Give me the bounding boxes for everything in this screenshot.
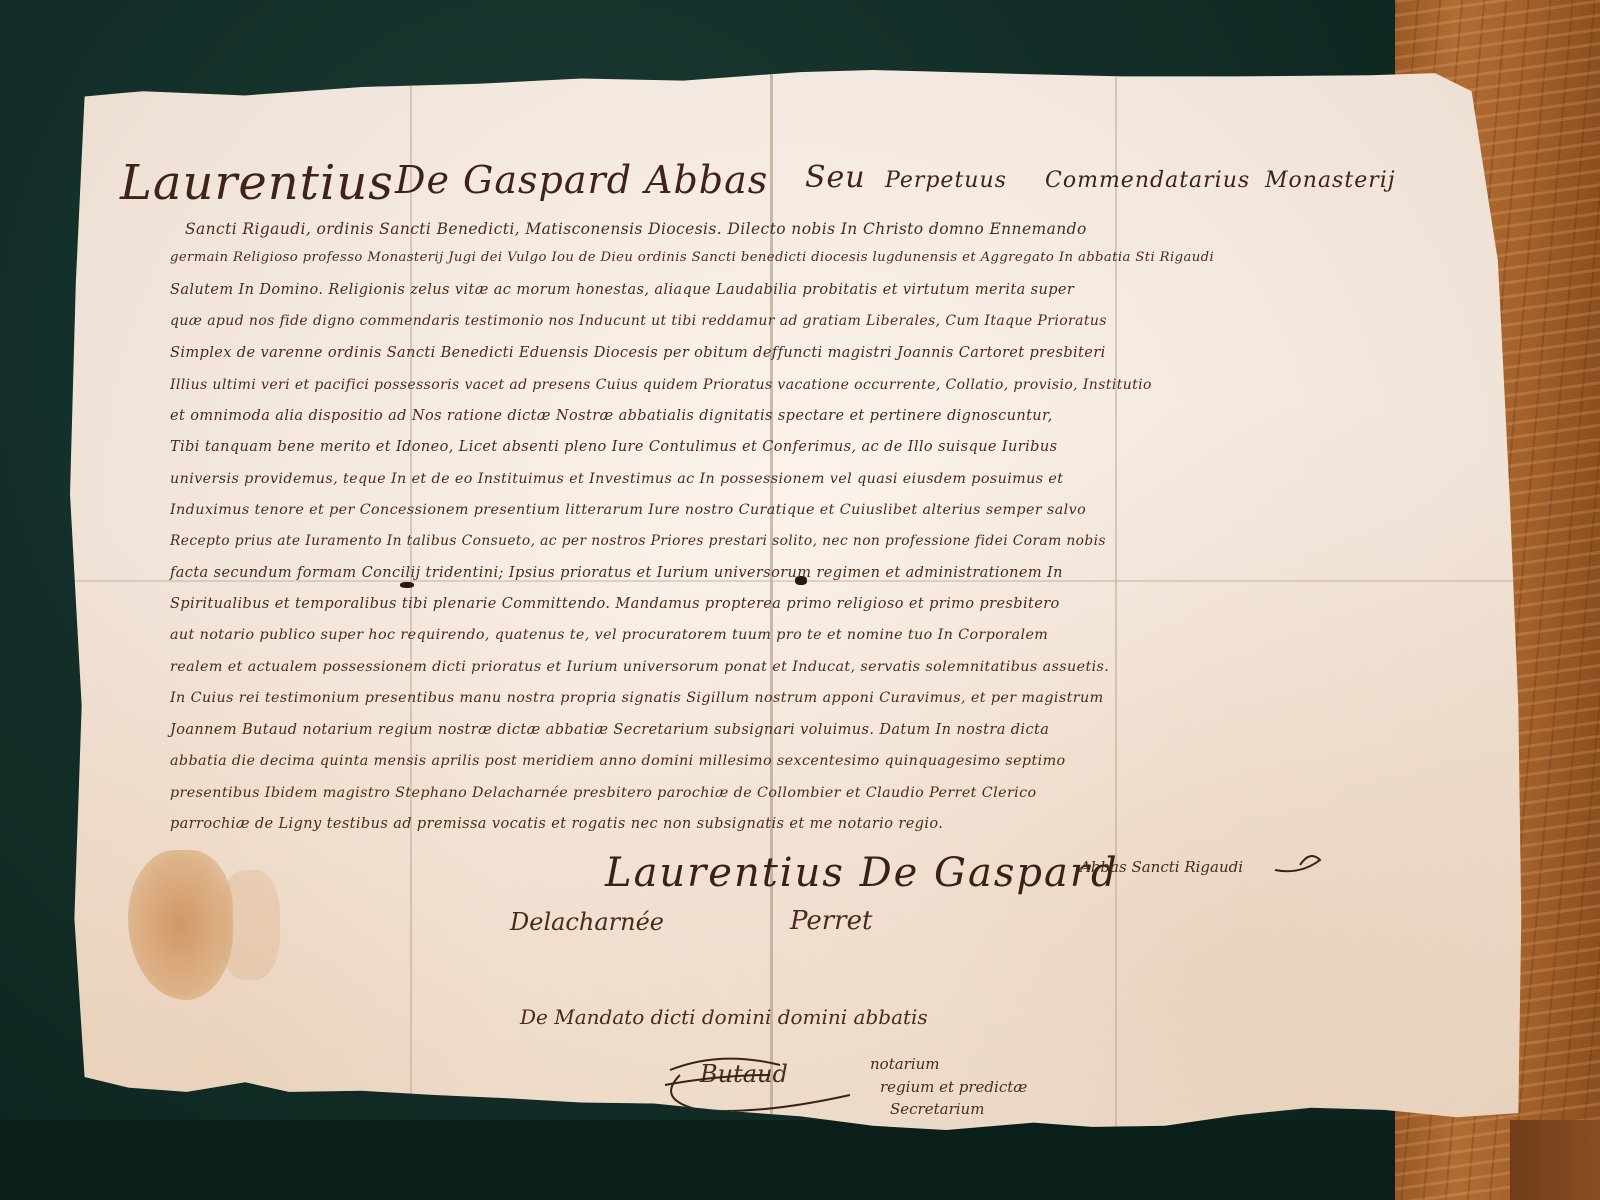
witness-signature: Perret bbox=[790, 906, 872, 936]
green-backing-board-bottom bbox=[0, 1120, 1510, 1200]
text-line: In Cuius rei testimonium presentibus man… bbox=[170, 690, 1104, 706]
headline-word: Laurentius bbox=[120, 155, 394, 211]
text-line: Sancti Rigaudi, ordinis Sancti Benedicti… bbox=[185, 220, 1087, 238]
text-line: parrochiæ de Ligny testibus ad premissa … bbox=[170, 816, 943, 832]
mandate-line: De Mandato dicti domini domini abbatis bbox=[520, 1005, 928, 1029]
text-line: universis providemus, teque In et de eo … bbox=[170, 471, 1063, 487]
witness-signature: Delacharnée bbox=[510, 908, 664, 936]
text-line: Simplex de varenne ordinis Sancti Benedi… bbox=[170, 345, 1106, 361]
wax-seal-stain bbox=[128, 850, 233, 1000]
headline-word: Commendatarius bbox=[1045, 168, 1250, 193]
notary-title: Secretarium bbox=[890, 1100, 984, 1118]
abbot-signature: Laurentius De Gaspard bbox=[605, 850, 1119, 896]
text-line: Induximus tenore et per Concessionem pre… bbox=[170, 502, 1086, 518]
text-line: abbatia die decima quinta mensis aprilis… bbox=[170, 753, 1066, 769]
text-line: realem et actualem possessionem dicti pr… bbox=[170, 659, 1109, 675]
ink-blot bbox=[400, 582, 414, 588]
text-line: Joannem Butaud notarium regium nostræ di… bbox=[170, 722, 1049, 738]
manuscript-sheet: Laurentius De Gaspard Abbas Seu Perpetuu… bbox=[70, 70, 1530, 1130]
text-line: germain Religioso professo Monasterij Ju… bbox=[170, 250, 1214, 265]
text-line: Tibi tanquam bene merito et Idoneo, Lice… bbox=[170, 439, 1057, 455]
notary-title: regium et predictæ bbox=[880, 1078, 1027, 1096]
wooden-table-edge bbox=[1510, 1120, 1600, 1200]
headline-word: Seu bbox=[805, 160, 866, 195]
faint-stain bbox=[220, 870, 280, 980]
notary-title: notarium bbox=[870, 1055, 940, 1073]
headline-word: De Gaspard bbox=[395, 158, 632, 202]
text-line: quæ apud nos fide digno commendaris test… bbox=[170, 313, 1107, 329]
text-line: presentibus Ibidem magistro Stephano Del… bbox=[170, 785, 1037, 801]
fold-crease bbox=[1115, 70, 1117, 1130]
text-line: Illius ultimi veri et pacifici possessor… bbox=[170, 377, 1152, 393]
headline-word: Perpetuus bbox=[885, 168, 1007, 193]
abbot-title: Abbas Sancti Rigaudi bbox=[1080, 858, 1243, 876]
text-line: Salutem In Domino. Religionis zelus vitæ… bbox=[170, 282, 1074, 298]
text-line: et omnimoda alia dispositio ad Nos ratio… bbox=[170, 408, 1053, 424]
signature-flourish bbox=[1270, 840, 1330, 880]
text-line: Recepto prius ate Iuramento In talibus C… bbox=[170, 533, 1106, 549]
text-line: Spiritualibus et temporalibus tibi plena… bbox=[170, 596, 1060, 612]
text-line: aut notario publico super hoc requirendo… bbox=[170, 627, 1048, 643]
headline-word: Abbas bbox=[645, 158, 768, 202]
headline-word: Monasterij bbox=[1265, 168, 1396, 193]
text-line: facta secundum formam Concilij tridentin… bbox=[170, 565, 1063, 581]
